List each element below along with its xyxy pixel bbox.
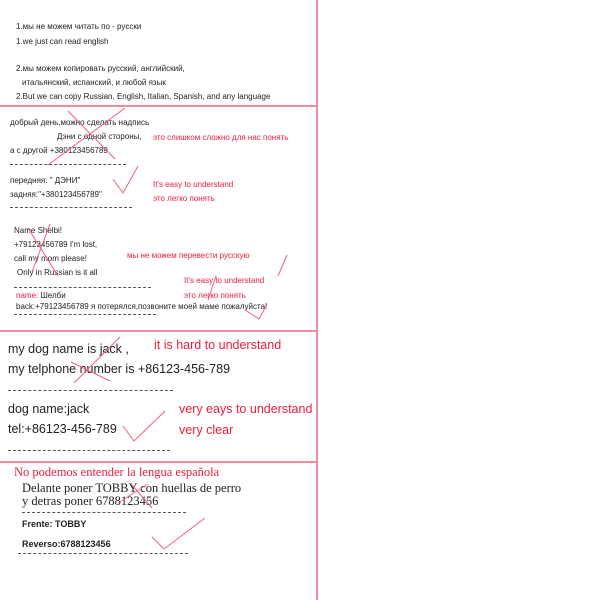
vertical-divider	[316, 0, 318, 600]
right-note-1: very eays to understand	[179, 402, 312, 416]
wrong-line: +79123456789 I'm lost,	[14, 240, 97, 249]
check-mark-icon	[123, 411, 165, 441]
check-mark-icon	[113, 166, 138, 193]
wrong-note: это слишком сложно для нас понять	[153, 133, 288, 142]
wrong-line: Дэни с одной стороны,	[57, 132, 142, 141]
right-back-line: back:+79123456789 я потерялся,позвоните …	[16, 302, 267, 311]
right-note-en: It's easy to understand	[184, 276, 264, 285]
dashed-separator	[10, 207, 132, 208]
wrong-line: my dog name is jack ,	[8, 342, 129, 356]
right-note-ru: это легко понять	[153, 194, 215, 203]
wrong-line: Only in Russian is it all	[17, 268, 97, 277]
right-note-2: very clear	[179, 423, 233, 437]
wrong-note: мы не можем перевести русскую	[127, 251, 249, 260]
right-line: Reverso:6788123456	[22, 539, 111, 549]
wrong-line: my telphone number is +86123-456-789	[8, 362, 230, 376]
dashed-separator	[22, 512, 186, 513]
wrong-line: добрый день,можно сделать надпись	[10, 118, 149, 127]
right-name-label: name:	[16, 291, 38, 300]
right-note-ru: это легко понять	[184, 291, 246, 300]
right-line: передняя: " ДЭНИ"	[10, 176, 80, 185]
wrong-line: y detras poner 6788123456	[22, 494, 158, 509]
wrong-note: it is hard to understand	[154, 338, 281, 352]
dashed-separator	[18, 553, 188, 554]
right-name-value: Шелби	[40, 291, 65, 300]
dashed-separator	[10, 164, 126, 165]
right-line: Frente: TOBBY	[22, 519, 86, 529]
note-line: итальянский, испанский, и любой язык	[22, 78, 166, 87]
section-divider-3	[0, 461, 318, 463]
section-divider-2	[0, 330, 318, 332]
note-line: 1.we just can read english	[16, 37, 109, 46]
note-line: 1.мы не можем читать по - русски	[16, 22, 141, 31]
section-divider-1	[0, 105, 318, 107]
dashed-separator	[8, 450, 170, 451]
right-name-line: name: Шелби	[16, 291, 66, 300]
dashed-separator	[8, 390, 173, 391]
wrong-line: а с другой +380123456789	[10, 146, 108, 155]
annotation-marks	[0, 0, 600, 600]
wrong-line: Name Shelbi!	[14, 226, 62, 235]
check-mark-icon	[152, 518, 205, 549]
dashed-separator	[14, 287, 151, 288]
right-line: задняя:"+380123456789"	[10, 190, 102, 199]
wrong-line: call my mom please!	[14, 254, 87, 263]
right-line: dog name:jack	[8, 402, 89, 416]
right-line: tel:+86123-456-789	[8, 422, 117, 436]
right-note-en: It's easy to understand	[153, 180, 233, 189]
dashed-separator	[14, 314, 156, 315]
note-line: 2.мы можем копировать русский, английски…	[16, 64, 185, 73]
wrong-note: No podemos entender la lengua española	[14, 465, 219, 480]
note-line: 2.But we can copy Russian, English, Ital…	[16, 92, 270, 101]
